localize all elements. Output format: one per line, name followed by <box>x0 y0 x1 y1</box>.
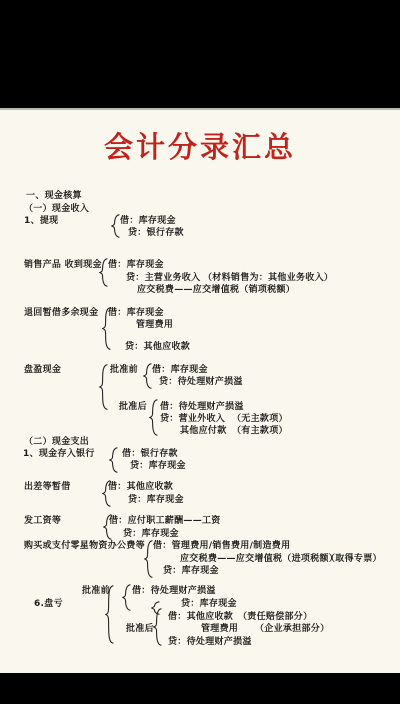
entry-label-purchase-misc: 购买或支付零星物资办公费等 <box>24 541 145 551</box>
brace-decoration <box>143 363 152 389</box>
credit-line: 贷：库存现金 <box>128 495 184 505</box>
branch-label-before-approval: 批准前 <box>110 365 138 375</box>
note: （取得专票） <box>326 554 382 564</box>
letterbox-bottom <box>0 673 400 704</box>
brace-decoration <box>99 258 108 287</box>
branch-label-after-approval: 批准后 <box>119 402 147 412</box>
credit-line: 贷：库存现金 <box>181 599 237 609</box>
credit-line: 贷：库存现金 <box>130 461 186 471</box>
debit-line: 借：待处理财产损溢 <box>132 586 216 596</box>
debit-line: 借：库存现金 <box>152 365 208 375</box>
credit-line: 贷：银行存款 <box>128 228 184 238</box>
note: （材料销售为：其他业务收入） <box>203 273 333 283</box>
debit-line: 借：其他应收款 <box>168 612 233 622</box>
subsection-heading-cash-income: （一）现金收入 <box>24 204 89 214</box>
brace-decoration <box>122 584 131 611</box>
entry-label-travel-loan: 出差等暂借 <box>24 482 71 492</box>
brace-decoration <box>99 364 108 410</box>
debit-line: 应交税费——应交增值税（进项税额） <box>180 554 338 564</box>
debit-line: 借：其他应收款 <box>108 482 173 492</box>
credit-line: 贷：其他应收款 <box>125 342 190 352</box>
note: （无主款项） <box>232 414 288 424</box>
debit-line: 管理费用 <box>201 624 238 634</box>
debit-line: 借：库存现金 <box>120 216 176 226</box>
page-title: 会计分录汇总 <box>0 131 400 163</box>
brace-decoration <box>111 214 120 238</box>
debit-line: 借：管理费用/销售费用/制造费用 <box>153 541 290 551</box>
credit-line: 贷：库存现金 <box>163 566 219 576</box>
entry-label-deposit: 1、现金存入银行 <box>23 449 95 459</box>
entry-label-cash-shortage: 6.盘亏 <box>34 599 63 609</box>
section-heading-cash-accounting: 一、现金核算 <box>26 191 82 201</box>
letterbox-top <box>0 0 400 108</box>
credit-line: 贷：库存现金 <box>123 529 179 539</box>
entry-label-pay-wages: 发工资等 <box>24 516 61 526</box>
brace-decoration <box>109 447 118 473</box>
subsection-heading-cash-expense: （二）现金支出 <box>24 437 89 447</box>
entry-label-return-borrowed: 退回暂借多余现金 <box>24 308 98 318</box>
debit-line: 借：应付职工薪酬——工资 <box>109 516 221 526</box>
branch-label-after-approval: 批准后 <box>126 624 154 634</box>
credit-line: 其他应付款 <box>180 426 227 436</box>
brace-decoration <box>105 585 114 644</box>
credit-line: 贷：待处理财产损溢 <box>168 637 252 647</box>
brace-decoration <box>153 608 162 646</box>
entry-label-sell-product: 销售产品 收到现金 <box>24 260 102 270</box>
note: （企业承担部分） <box>255 624 329 634</box>
debit-line: 借：库存现金 <box>108 308 164 318</box>
credit-line: 应交税费——应交增值税（销项税额） <box>137 285 295 295</box>
debit-line: 借：银行存款 <box>122 449 178 459</box>
debit-line: 借：待处理财产损溢 <box>160 402 244 412</box>
brace-decoration <box>149 399 158 436</box>
brace-decoration <box>144 540 153 578</box>
credit-line: 贷：主营业务收入 <box>126 273 200 283</box>
credit-line: 贷：营业外收入 <box>160 414 225 424</box>
credit-line: 贷：待处理财产损溢 <box>159 377 243 387</box>
document-page: 会计分录汇总 一、现金核算 （一）现金收入 1、提现 借：库存现金 贷：银行存款… <box>0 108 400 673</box>
note: （责任赔偿部分） <box>238 612 312 622</box>
entry-label-cash-overage: 盘盈现金 <box>24 365 61 375</box>
debit-line: 管理费用 <box>136 320 173 330</box>
note: （有主款项） <box>232 426 288 436</box>
entry-label-withdraw: 1、提现 <box>24 216 58 226</box>
debit-line: 借：库存现金 <box>108 260 164 270</box>
